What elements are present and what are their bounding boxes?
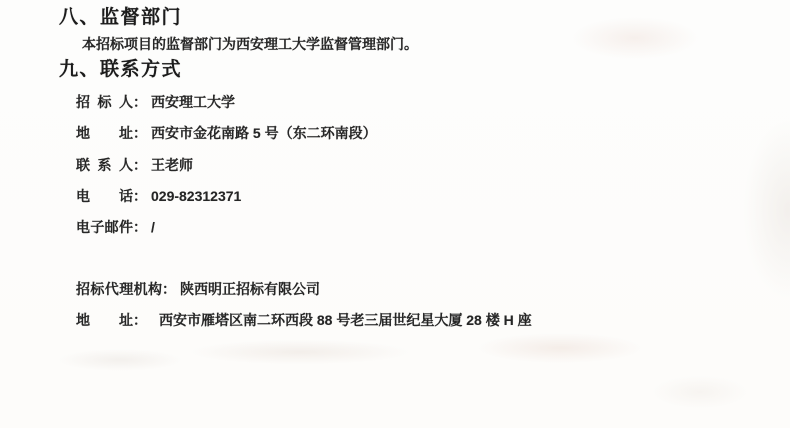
- field-value: 029-82312371: [151, 186, 241, 206]
- label-colon: ：: [133, 155, 147, 175]
- agency-row-address: 地址：西安市雁塔区南二环西段 88 号老三届世纪星大厦 28 楼 H 座: [76, 310, 532, 330]
- agency-row-name: 招标代理机构：陕西明正招标有限公司: [76, 279, 320, 299]
- field-value: 王老师: [151, 155, 193, 175]
- section-heading-supervision: 八、监督部门: [59, 6, 182, 30]
- field-label: 地址: [76, 310, 133, 330]
- contact-row-person: 联系人：王老师: [76, 155, 193, 175]
- scanned-document-page: 八、监督部门 本招标项目的监督部门为西安理工大学监督管理部门。 九、联系方式 招…: [0, 0, 790, 428]
- contact-row-address: 地址：西安市金花南路 5 号（东二环南段）: [76, 123, 377, 143]
- contact-row-phone: 电话：029-82312371: [76, 186, 241, 206]
- label-colon: ：: [133, 186, 147, 206]
- field-label: 电话: [76, 186, 133, 206]
- field-value: 西安理工大学: [151, 92, 235, 112]
- label-colon: ：: [133, 123, 147, 143]
- field-label: 招标代理机构: [76, 279, 162, 299]
- label-colon: ：: [133, 310, 147, 330]
- field-value: 西安市金花南路 5 号（东二环南段）: [151, 123, 377, 143]
- supervision-body-paragraph: 本招标项目的监督部门为西安理工大学监督管理部门。: [82, 34, 418, 54]
- label-colon: ：: [133, 92, 147, 112]
- label-colon: ：: [162, 279, 176, 299]
- label-colon: ：: [133, 217, 147, 237]
- field-value: 西安市雁塔区南二环西段 88 号老三届世纪星大厦 28 楼 H 座: [159, 310, 532, 330]
- field-label: 电子邮件: [76, 217, 133, 237]
- field-label: 联系人: [76, 155, 133, 175]
- field-label: 地址: [76, 123, 133, 143]
- section-heading-contact: 九、联系方式: [59, 58, 182, 82]
- field-value: 陕西明正招标有限公司: [180, 279, 320, 299]
- contact-row-email: 电子邮件：/: [76, 217, 155, 237]
- contact-row-bidder: 招标人：西安理工大学: [76, 92, 235, 112]
- field-label: 招标人: [76, 92, 133, 112]
- field-value: /: [151, 217, 155, 237]
